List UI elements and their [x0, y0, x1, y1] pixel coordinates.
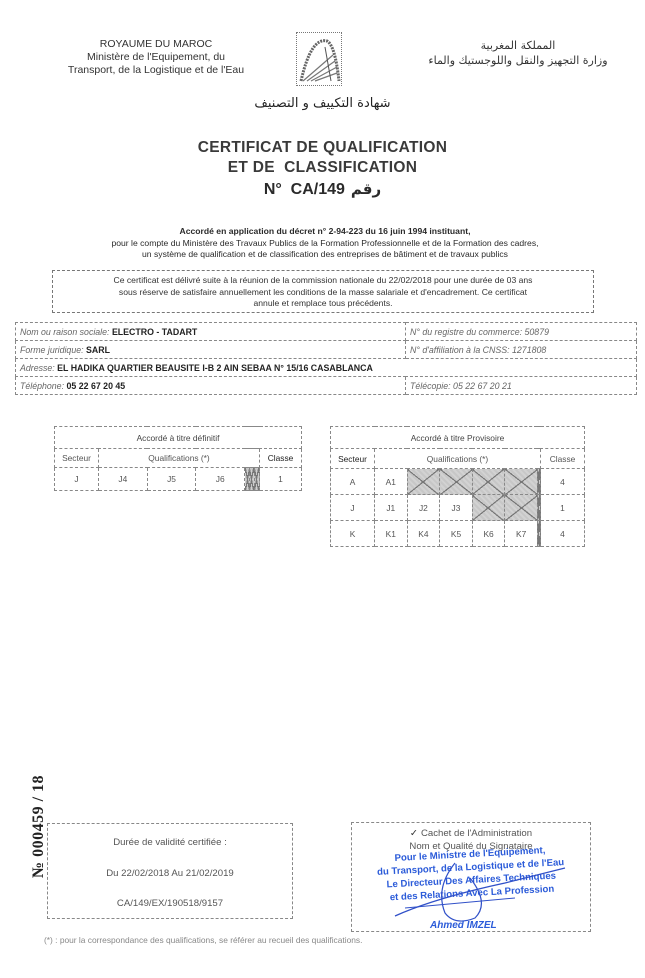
crossed-out-cell — [440, 469, 473, 495]
kingdom-name-arabic: المملكة المغربية — [418, 38, 618, 53]
fax-number: 05 22 67 20 21 — [453, 381, 512, 391]
address-cell: Adresse: EL HADIKA QUARTIER BEAUSITE I-B… — [16, 359, 637, 377]
decree-text: Accordé en application du décret n° 2-94… — [20, 226, 630, 261]
validity-reference: CA/149/EX/190518/9157 — [48, 898, 292, 909]
decree-line2: pour le compte du Ministère des Travaux … — [20, 238, 630, 250]
phone-cell: Téléphone: 05 22 67 20 45 — [16, 377, 406, 395]
qualification-cell: K7 — [505, 521, 538, 547]
title-line2: ET DE CLASSIFICATION — [0, 158, 645, 178]
cnss-number: 1271808 — [512, 345, 546, 355]
kingdom-name: ROYAUME DU MAROC — [40, 38, 272, 51]
cnss-cell: N° d'affiliation à la CNSS: 1271808 — [406, 341, 637, 359]
certificate-number-value: N° CA/149 — [264, 181, 345, 198]
class-cell: 4 — [541, 469, 585, 495]
notice-box: Ce certificat est délivré suite à la réu… — [52, 270, 594, 313]
sector-cell: K — [331, 521, 375, 547]
decree-line1: Accordé en application du décret n° 2-94… — [20, 226, 630, 238]
crossed-out-cell — [407, 469, 440, 495]
legal-form: SARL — [86, 345, 110, 355]
table-caption: Accordé à titre définitif — [55, 427, 302, 449]
table-caption: Accordé à titre Provisoire — [331, 427, 585, 449]
column-header-sector: Secteur — [331, 449, 375, 469]
qualification-cell: J3 — [440, 495, 473, 521]
registry-number: 50879 — [525, 327, 549, 337]
certificate-number-arabic-label: رقم — [351, 180, 381, 198]
qualification-cell: A1 — [375, 469, 408, 495]
certificate-title: CERTIFICAT DE QUALIFICATION ET DE CLASSI… — [0, 138, 645, 178]
class-cell: 1 — [260, 468, 302, 491]
phone-number: 05 22 67 20 45 — [66, 381, 125, 391]
validity-box: Durée de validité certifiée : Du 22/02/2… — [47, 823, 293, 919]
qualification-cell: J4 — [99, 468, 148, 491]
column-header-class: Classe — [260, 449, 302, 468]
validity-label: Durée de validité certifiée : — [48, 837, 292, 848]
fax-cell: Télécopie: 05 22 67 20 21 — [406, 377, 637, 395]
qualification-cell: J2 — [407, 495, 440, 521]
company-name-cell: Nom ou raison sociale: ELECTRO - TADART — [16, 323, 406, 341]
qualification-cell: K6 — [472, 521, 505, 547]
table-row: AA14 — [331, 469, 585, 495]
decree-line3: un système de qualification et de classi… — [20, 249, 630, 261]
ministry-name-arabic: وزارة التجهيز والنقل واللوجستيك والماء — [418, 53, 618, 68]
table-row: Téléphone: 05 22 67 20 45 Télécopie: 05 … — [16, 377, 637, 395]
table-row: Adresse: EL HADIKA QUARTIER BEAUSITE I-B… — [16, 359, 637, 377]
signature-icon — [375, 858, 575, 928]
ministry-name-line2: Transport, de la Logistique et de l'Eau — [40, 64, 272, 77]
address: EL HADIKA QUARTIER BEAUSITE I-B 2 AIN SE… — [57, 363, 373, 373]
registry-cell: N° du registre du commerce: 50879 — [406, 323, 637, 341]
notice-line1: Ce certificat est délivré suite à la réu… — [53, 275, 593, 287]
company-name: ELECTRO - TADART — [112, 327, 197, 337]
table-row: JJ1J2J31 — [331, 495, 585, 521]
crossed-out-cell — [472, 469, 505, 495]
qualification-cell: J5 — [147, 468, 196, 491]
certificate-number: N° CA/149رقم — [0, 180, 645, 199]
qualification-cell: J6 — [196, 468, 245, 491]
ministry-name-line1: Ministère de l'Equipement, du — [40, 51, 272, 64]
class-cell: 1 — [541, 495, 585, 521]
footnote: (*) : pour la correspondance des qualifi… — [44, 935, 362, 945]
column-header-qualifications: Qualifications (*) — [375, 449, 541, 469]
sector-cell: J — [55, 468, 99, 491]
table-row: KK1K4K5K6K74 — [331, 521, 585, 547]
sector-cell: A — [331, 469, 375, 495]
qualification-cell: K4 — [407, 521, 440, 547]
provisional-qualifications-table: Accordé à titre Provisoire Secteur Quali… — [330, 426, 585, 547]
qualification-cell: K1 — [375, 521, 408, 547]
ministry-emblem-icon — [296, 32, 342, 86]
validity-period: Du 22/02/2018 Au 21/02/2019 — [48, 868, 292, 879]
certificate-title-arabic: شهادة التكييف و التصنيف — [0, 96, 645, 111]
table-row: Nom ou raison sociale: ELECTRO - TADART … — [16, 323, 637, 341]
qualification-cell: K5 — [440, 521, 473, 547]
check-mark-icon: ✓ — [410, 828, 418, 839]
notice-line2: sous réserve de satisfaire annuellement … — [53, 287, 593, 299]
column-header-qualifications: Qualifications (*) — [99, 449, 260, 468]
column-header-class: Classe — [541, 449, 585, 469]
serial-number: № 000459 / 18 — [30, 775, 48, 878]
table-row: JJ4J5J61 — [55, 468, 302, 491]
column-header-sector: Secteur — [55, 449, 99, 468]
legal-form-cell: Forme juridique: SARL — [16, 341, 406, 359]
table-row: Forme juridique: SARL N° d'affiliation à… — [16, 341, 637, 359]
title-line1: CERTIFICAT DE QUALIFICATION — [0, 138, 645, 158]
signer-name: Ahmed IMZEL — [430, 920, 497, 931]
definitive-qualifications-table: Accordé à titre définitif Secteur Qualif… — [54, 426, 302, 491]
header-left-french: ROYAUME DU MAROC Ministère de l'Equipeme… — [40, 38, 272, 77]
stamp-label: Cachet de l'Administration — [421, 828, 532, 839]
sector-cell: J — [331, 495, 375, 521]
crossed-out-cell — [505, 495, 538, 521]
crossed-out-cell — [505, 469, 538, 495]
crossed-out-cell — [472, 495, 505, 521]
company-info-table: Nom ou raison sociale: ELECTRO - TADART … — [15, 322, 637, 395]
class-cell: 4 — [541, 521, 585, 547]
header-right-arabic: المملكة المغربية وزارة التجهيز والنقل وا… — [418, 38, 618, 68]
notice-line3: annule et remplace tous précédents. — [53, 298, 593, 310]
qualification-cell: J1 — [375, 495, 408, 521]
